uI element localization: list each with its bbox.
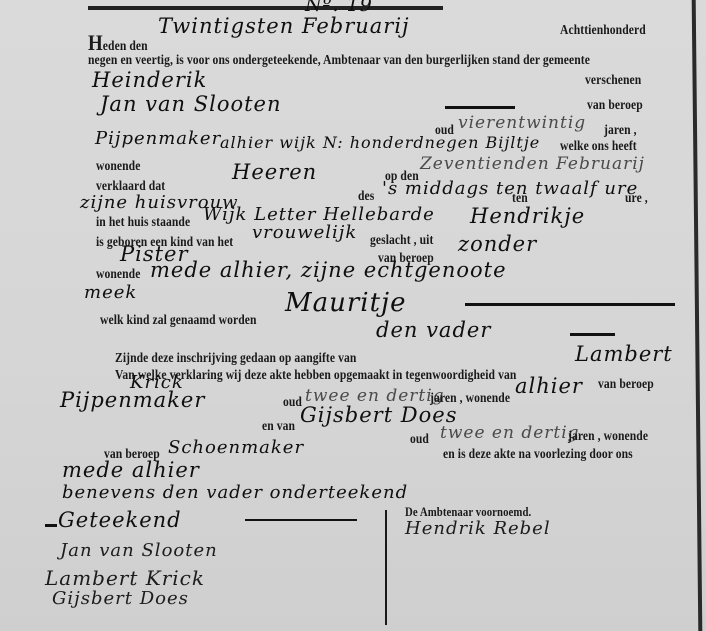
official-signature: Hendrik Rebel [405,518,551,539]
printed-des: des [358,188,374,204]
page-border [692,0,703,631]
hw-witness1-occupation: Pijpenmaker [60,388,205,412]
printed-zijnde: Zijnde deze inschrijving gedaan op aangi… [115,350,356,366]
signature-declarant: Jan van Slooten [60,540,218,561]
hw-closing: benevens den vader onderteekend [62,482,408,503]
hw-witness1-residence: alhier [515,374,583,398]
hw-date: Twintigsten Februarij [158,14,410,38]
signature-divider [385,510,387,625]
certificate-page: Nº. 19 Heden den Twintigsten Februarij A… [0,0,706,631]
hw-witness2-residence: mede alhier [62,458,200,482]
hw-getekend: Geteekend [58,508,182,532]
hw-declarant-age: vierentwintig [458,113,586,133]
signature-witness1: Lambert Krick [45,566,205,590]
printed-verschenen: verschenen [585,72,641,88]
hw-continued: meek [84,282,137,303]
hw-declarant-name: Jan van Slooten [100,92,282,116]
hw-witness1-first: Lambert [575,342,673,366]
printed-en-is-deze: en is deze akte na voorlezing door ons [443,446,633,462]
printed-van-beroep-1: van beroep [587,97,643,113]
printed-van-beroep-3: van beroep [598,376,654,392]
hw-declarant-first: Heinderik [92,68,207,92]
hw-mother-occupation: zonder [458,232,537,256]
printed-wonende-1: wonende [96,158,140,174]
hw-time: 's middags ten twaalf ure [382,178,638,199]
hw-sex: vrouwelijk [252,222,357,243]
printed-in-het-huis: in het huis staande [96,214,190,230]
printed-oud-3: oud [410,431,429,447]
printed-ure: ure , [625,190,648,206]
hw-informant: den vader [376,318,491,342]
fill-rule [245,519,357,521]
fill-rule [570,333,615,336]
hw-mother-name: Hendrikje [470,204,585,228]
printed-line2: negen en veertig, is voor ons ondergetee… [88,52,590,68]
printed-jaren-wonende-2: jaren , wonende [568,428,648,444]
hw-mother-residence: mede alhier, zijne echtgenoote [150,258,507,282]
signature-witness2: Gijsbert Does [52,588,189,609]
fill-rule [465,303,675,306]
hw-birth-date: Zeventienden Februarij [420,154,645,174]
printed-wonende-2: wonende [96,266,140,282]
fill-rule [445,106,515,109]
printed-welk-kind: welk kind zal genaamd worden [100,312,257,328]
top-rule [88,6,443,10]
printed-geslacht-uit: geslacht , uit [370,232,433,248]
printed-welke-ons-heeft: welke ons heeft [560,138,637,154]
printed-jaren-1: jaren , [604,122,637,138]
hw-residence: alhier wijk N: honderdnegen Bijltje [220,133,540,152]
hw-witness2-occupation: Schoenmaker [168,437,304,458]
hw-child-name: Mauritje [285,288,407,318]
printed-en-van: en van [262,418,295,434]
hw-declarant-occupation: Pijpenmaker [95,128,221,149]
hw-witness2-name: Gijsbert Does [300,403,458,427]
hw-witness2-age: twee en dertig [440,423,580,443]
dash [45,524,57,527]
hw-sex-word: Heeren [232,160,317,184]
printed-achttienhonderd: Achttienhonderd [560,22,646,38]
